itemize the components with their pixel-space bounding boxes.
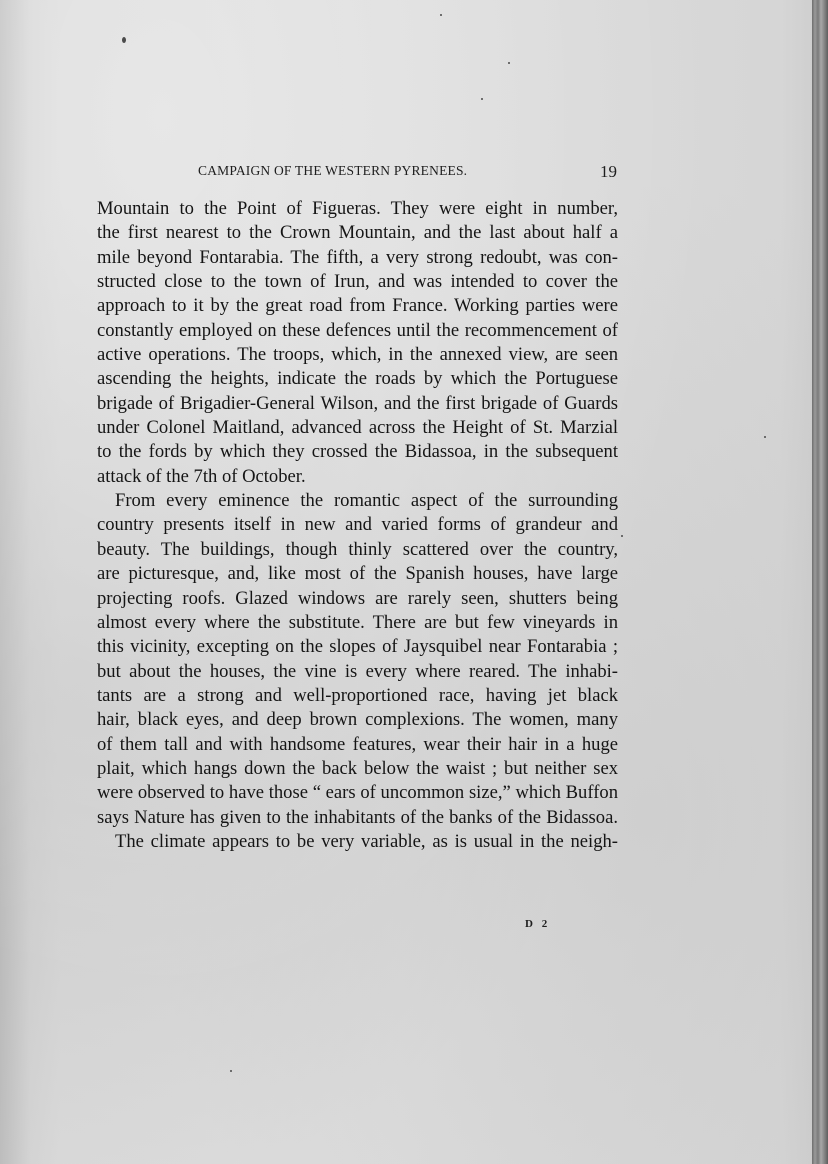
text-line: under Colonel Maitland, advanced across …	[97, 416, 618, 440]
foxing-speck	[230, 1070, 232, 1072]
paragraph-2: From every eminence the romantic aspect …	[97, 489, 618, 830]
paragraph-1: Mountain to the Point of Figueras. They …	[97, 197, 618, 489]
foxing-speck	[508, 62, 510, 64]
text-line: says Nature has given to the inhabitants…	[97, 806, 618, 830]
text-line: structed close to the town of Irun, and …	[97, 270, 618, 294]
text-line: of them tall and with handsome features,…	[97, 733, 618, 757]
text-line: The climate appears to be very variable,…	[97, 830, 618, 854]
signature-mark: D 2	[525, 918, 550, 930]
text-line: constantly employed on these defences un…	[97, 319, 618, 343]
text-line: projecting roofs. Glazed windows are rar…	[97, 587, 618, 611]
foxing-speck	[440, 14, 442, 16]
text-line: to the fords by which they crossed the B…	[97, 440, 618, 464]
text-line: were observed to have those “ ears of un…	[97, 781, 618, 805]
foxing-speck	[621, 535, 623, 537]
text-line: hair, black eyes, and deep brown complex…	[97, 708, 618, 732]
text-line: ascending the heights, indicate the road…	[97, 367, 618, 391]
text-line: active operations. The troops, which, in…	[97, 343, 618, 367]
foxing-speck	[122, 37, 126, 43]
text-line: From every eminence the romantic aspect …	[97, 489, 618, 513]
book-page: CAMPAIGN OF THE WESTERN PYRENEES. 19 Mou…	[0, 0, 812, 1164]
text-line: but about the houses, the vine is every …	[97, 660, 618, 684]
foxing-speck	[764, 436, 766, 438]
text-line: Mountain to the Point of Figueras. They …	[97, 197, 618, 221]
text-line: mile beyond Fontarabia. The fifth, a ver…	[97, 246, 618, 270]
body-text: Mountain to the Point of Figueras. They …	[97, 197, 618, 854]
text-line: plait, which hangs down the back below t…	[97, 757, 618, 781]
running-head: CAMPAIGN OF THE WESTERN PYRENEES.	[198, 163, 467, 179]
text-line: country presents itself in new and varie…	[97, 513, 618, 537]
text-line: this vicinity, excepting on the slopes o…	[97, 635, 618, 659]
page-number: 19	[600, 162, 617, 182]
text-line: are picturesque, and, like most of the S…	[97, 562, 618, 586]
text-line: approach to it by the great road from Fr…	[97, 294, 618, 318]
text-line: the first nearest to the Crown Mountain,…	[97, 221, 618, 245]
text-line: tants are a strong and well-proportioned…	[97, 684, 618, 708]
text-line: brigade of Brigadier-General Wilson, and…	[97, 392, 618, 416]
page-edge	[812, 0, 828, 1164]
foxing-speck	[481, 98, 483, 100]
paragraph-3: The climate appears to be very variable,…	[97, 830, 618, 854]
text-line: beauty. The buildings, though thinly sca…	[97, 538, 618, 562]
text-line: almost every where the substitute. There…	[97, 611, 618, 635]
text-line: attack of the 7th of October.	[97, 465, 618, 489]
